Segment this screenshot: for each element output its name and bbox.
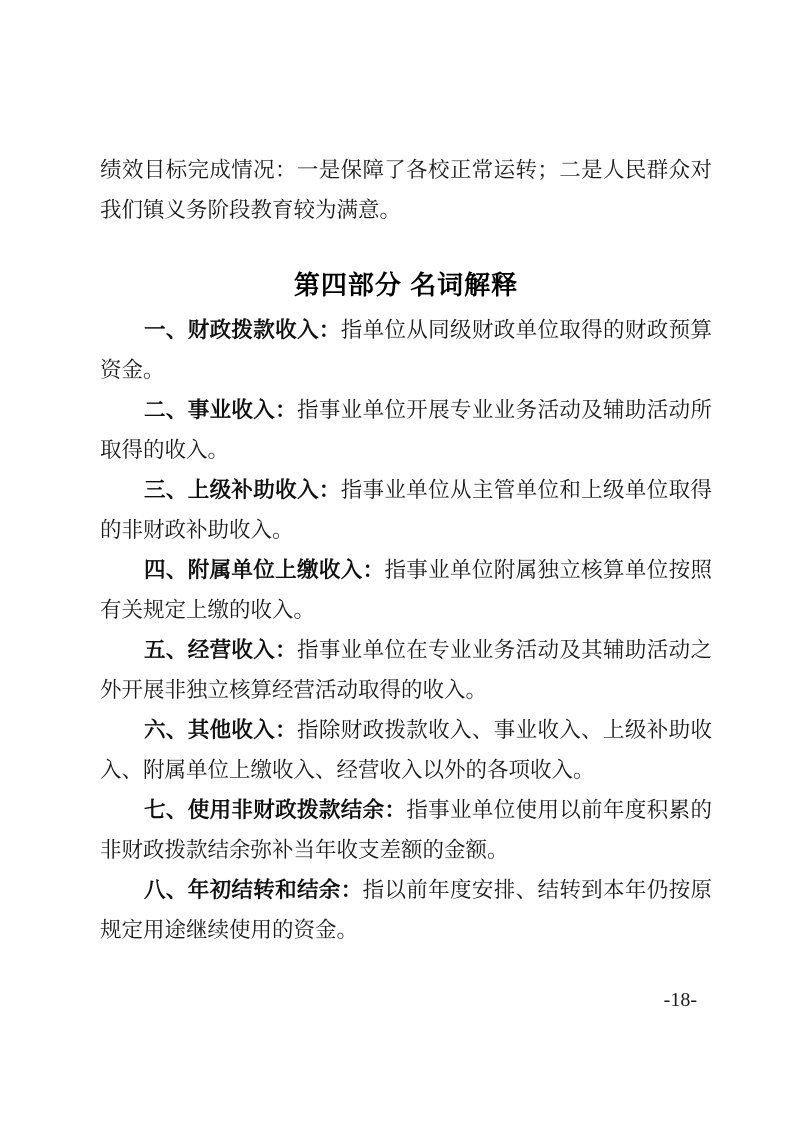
term-lead: 六、其他收入：	[144, 718, 297, 742]
document-content: 绩效目标完成情况：一是保障了各校正常运转；二是人民群众对我们镇义务阶段教育较为满…	[100, 150, 712, 950]
term-lead: 七、使用非财政拨款结余：	[144, 798, 406, 822]
term-paragraph-8: 八、年初结转和结余：指以前年度安排、结转到本年仍按原规定用途继续使用的资金。	[100, 870, 712, 950]
term-lead: 八、年初结转和结余：	[144, 878, 363, 902]
term-paragraph-6: 六、其他收入：指除财政拨款收入、事业收入、上级补助收入、附属单位上缴收入、经营收…	[100, 710, 712, 790]
term-lead: 三、上级补助收入：	[144, 478, 341, 502]
term-paragraph-1: 一、财政拨款收入：指单位从同级财政单位取得的财政预算资金。	[100, 310, 712, 390]
term-lead: 一、财政拨款收入：	[144, 318, 341, 342]
document-page: 绩效目标完成情况：一是保障了各校正常运转；二是人民群众对我们镇义务阶段教育较为满…	[0, 0, 793, 1122]
page-number: -18-	[664, 988, 697, 1012]
term-lead: 二、事业收入：	[144, 398, 297, 422]
term-paragraph-3: 三、上级补助收入：指事业单位从主管单位和上级单位取得的非财政补助收入。	[100, 470, 712, 550]
intro-paragraph: 绩效目标完成情况：一是保障了各校正常运转；二是人民群众对我们镇义务阶段教育较为满…	[100, 150, 712, 230]
term-lead: 四、附属单位上缴收入：	[144, 558, 384, 582]
term-paragraph-2: 二、事业收入：指事业单位开展专业业务活动及辅助活动所取得的收入。	[100, 390, 712, 470]
term-paragraph-5: 五、经营收入：指事业单位在专业业务活动及其辅助活动之外开展非独立核算经营活动取得…	[100, 630, 712, 710]
term-paragraph-7: 七、使用非财政拨款结余：指事业单位使用以前年度积累的非财政拨款结余弥补当年收支差…	[100, 790, 712, 870]
section-title: 第四部分 名词解释	[100, 265, 712, 305]
term-lead: 五、经营收入：	[144, 638, 297, 662]
term-paragraph-4: 四、附属单位上缴收入：指事业单位附属独立核算单位按照有关规定上缴的收入。	[100, 550, 712, 630]
